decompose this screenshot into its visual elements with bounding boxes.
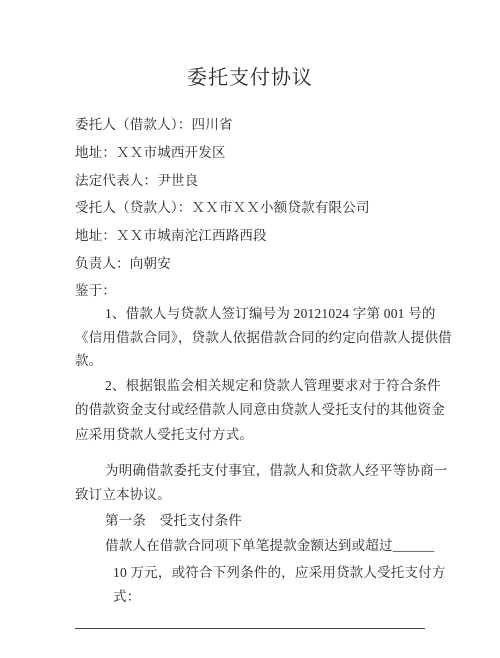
line-purpose-a: 为明确借款委托支付事宜，借款人和贷款人经平等协商一 — [105, 463, 448, 478]
line-lender-address: 地址：ＸＸ市城南沱江西路西段 — [75, 228, 267, 243]
document-title: 委托支付协议 — [0, 61, 500, 90]
line-recital-1-a: 1、借款人与贷款人签订编号为 20121024 字第 001 号的 — [105, 306, 436, 321]
line-legal-representative: 法定代表人：尹世良 — [75, 173, 198, 188]
line-borrower-address: 地址：ＸＸ市城西开发区 — [75, 145, 226, 160]
line-article-1-heading: 第一条 受托支付条件 — [105, 513, 242, 528]
page-footer-divider-line — [75, 628, 425, 629]
line-entrusted-party: 受托人（贷款人）：ＸＸ市ＸＸ小额贷款有限公司 — [75, 200, 370, 215]
line-recital-2-a: 2、根据银监会相关规定和贷款人管理要求对于符合条件 — [105, 378, 441, 393]
line-whereas: 鉴于： — [75, 283, 116, 298]
line-person-in-charge: 负责人：向朝安 — [75, 256, 171, 271]
line-clause-1-b: 10 万元，或符合下列条件的，应采用贷款人受托支付方 — [113, 565, 446, 580]
line-entrusting-party: 委托人（借款人）：四川省 — [75, 117, 233, 132]
line-recital-1-b: 《信用借款合同》，贷款人依据借款合同的约定向借款人提供借 — [75, 330, 452, 345]
line-purpose-b: 致订立本协议。 — [75, 487, 171, 502]
line-clause-1-a: 借款人在借款合同项下单笔提款金额达到或超过______ — [105, 538, 434, 553]
line-recital-2-b: 的借款资金支付或经借款人同意由贷款人受托支付的其他资金 — [75, 402, 445, 417]
line-clause-1-c: 式： — [113, 589, 140, 604]
line-recital-1-c: 款。 — [75, 353, 102, 368]
line-recital-2-c: 应采用贷款人受托支付方式。 — [75, 427, 253, 442]
document-page: 委托支付协议 委托人（借款人）：四川省 地址：ＸＸ市城西开发区 法定代表人：尹世… — [0, 0, 500, 658]
